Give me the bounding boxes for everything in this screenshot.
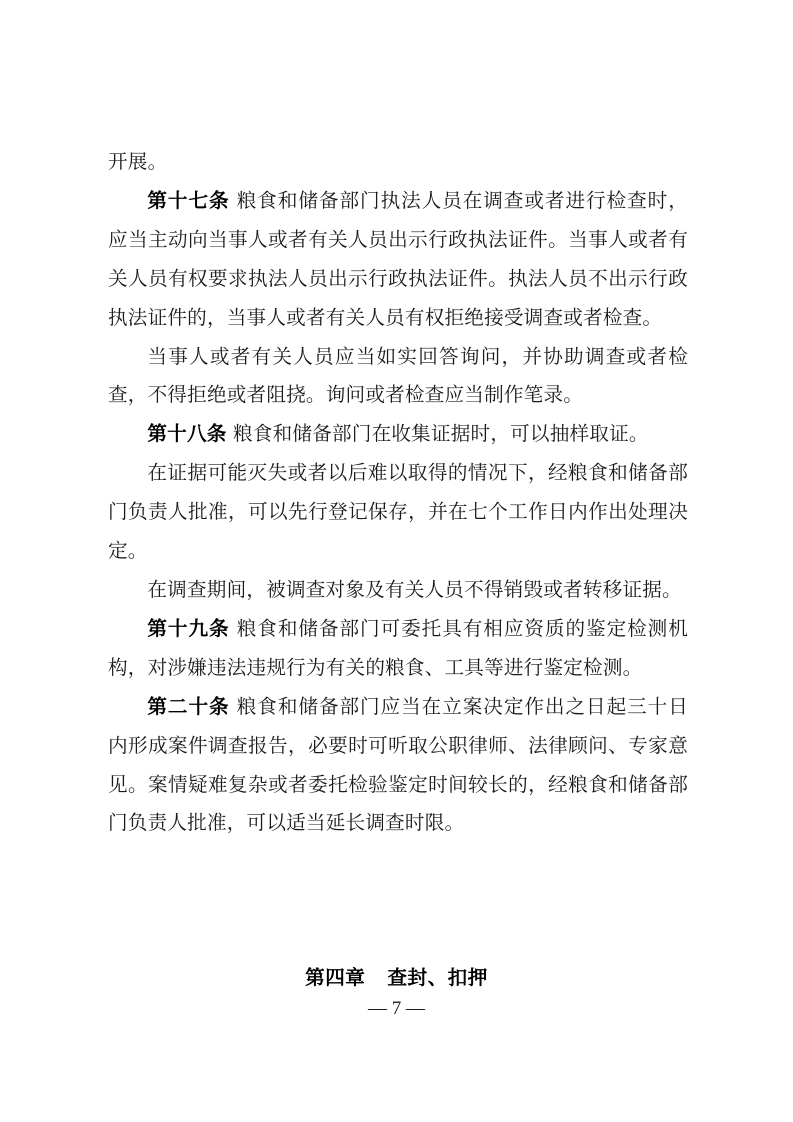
- paragraph-continuation: 开展。: [108, 143, 688, 182]
- article-18-paragraph-3: 在调查期间，被调查对象及有关人员不得销毁或者转移证据。: [108, 571, 688, 610]
- paragraph-text: 当事人或者有关人员应当如实回答询问，并协助调查或者检查，不得拒绝或者阻挠。询问或…: [108, 345, 688, 407]
- paragraph-text: 在调查期间，被调查对象及有关人员不得销毁或者转移证据。: [147, 578, 681, 601]
- article-19: 第十九条 粮食和储备部门可委托具有相应资质的鉴定检测机构，对涉嫌违法违规行为有关…: [108, 610, 688, 688]
- article-18: 第十八条 粮食和储备部门在收集证据时，可以抽样取证。: [108, 415, 688, 454]
- paragraph-text: 粮食和储备部门在收集证据时，可以抽样取证。: [233, 422, 649, 445]
- article-number: 第十七条: [147, 189, 229, 212]
- article-number: 第十八条: [147, 422, 226, 445]
- article-number: 第二十条: [147, 695, 229, 718]
- page-number: — 7 —: [0, 998, 793, 1020]
- paragraph-text: 在证据可能灭失或者以后难以取得的情况下，经粮食和储备部门负责人批准，可以先行登记…: [108, 461, 688, 562]
- chapter-title: 查封、扣押: [387, 966, 487, 989]
- chapter-heading: 第四章查封、扣押: [0, 961, 793, 990]
- article-number: 第十九条: [147, 617, 229, 640]
- chapter-number: 第四章: [305, 966, 365, 989]
- article-17-paragraph-2: 当事人或者有关人员应当如实回答询问，并协助调查或者检查，不得拒绝或者阻挠。询问或…: [108, 338, 688, 416]
- document-body: 开展。 第十七条 粮食和储备部门执法人员在调查或者进行检查时，应当主动向当事人或…: [108, 143, 688, 843]
- article-17: 第十七条 粮食和储备部门执法人员在调查或者进行检查时，应当主动向当事人或者有关人…: [108, 182, 688, 338]
- article-18-paragraph-2: 在证据可能灭失或者以后难以取得的情况下，经粮食和储备部门负责人批准，可以先行登记…: [108, 454, 688, 571]
- article-20: 第二十条 粮食和储备部门应当在立案决定作出之日起三十日内形成案件调查报告，必要时…: [108, 688, 688, 844]
- paragraph-text: 开展。: [108, 150, 167, 173]
